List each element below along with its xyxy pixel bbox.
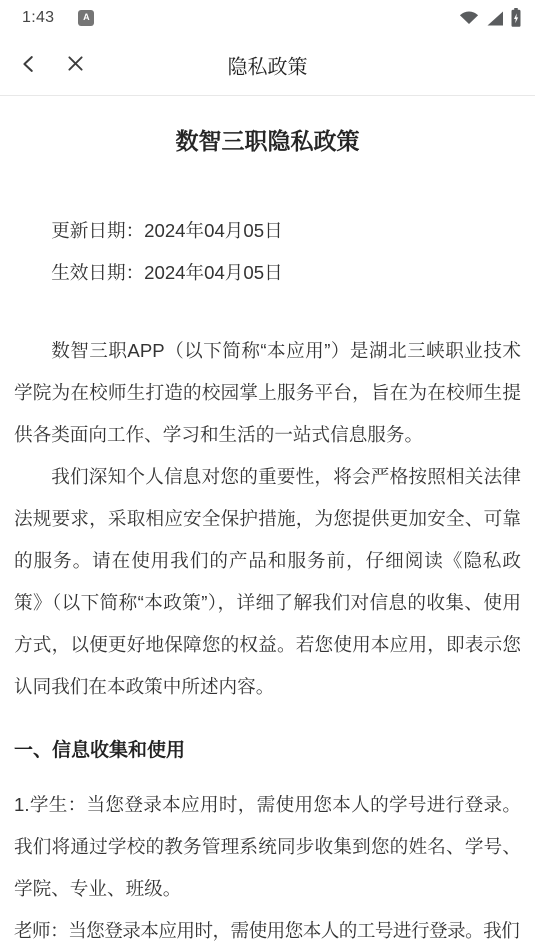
- status-icons: [459, 8, 521, 27]
- intro-paragraph: 我们深知个人信息对您的重要性，将会严格按照相关法律法规要求，采取相应安全保护措施…: [14, 456, 521, 708]
- section-paragraph: 老师：当您登录本应用时，需使用您本人的工号进行登录。我们: [14, 910, 521, 952]
- nav-bar: 隐私政策: [0, 35, 535, 96]
- updated-date: 更新日期：2024年04月05日: [14, 210, 521, 252]
- status-bar: 1:43 A: [0, 0, 535, 35]
- battery-charging-icon: [511, 8, 521, 27]
- document-title: 数智三职隐私政策: [14, 126, 521, 156]
- policy-document[interactable]: 数智三职隐私政策 更新日期：2024年04月05日 生效日期：2024年04月0…: [0, 96, 535, 952]
- app-screen: 1:43 A: [0, 0, 535, 952]
- effective-date: 生效日期：2024年04月05日: [14, 252, 521, 294]
- wifi-icon: [459, 10, 479, 25]
- section-heading: 一、信息收集和使用: [14, 730, 521, 772]
- notification-badge-icon: A: [78, 10, 94, 26]
- cellular-signal-icon: [486, 10, 504, 26]
- intro-paragraph: 数智三职APP（以下简称“本应用”）是湖北三峡职业技术学院为在校师生打造的校园掌…: [14, 330, 521, 456]
- date-block: 更新日期：2024年04月05日 生效日期：2024年04月05日: [14, 210, 521, 294]
- page-title: 隐私政策: [0, 51, 535, 80]
- section-paragraph: 1.学生：当您登录本应用时，需使用您本人的学号进行登录。我们将通过学校的教务管理…: [14, 784, 521, 910]
- status-time: 1:43: [22, 9, 54, 27]
